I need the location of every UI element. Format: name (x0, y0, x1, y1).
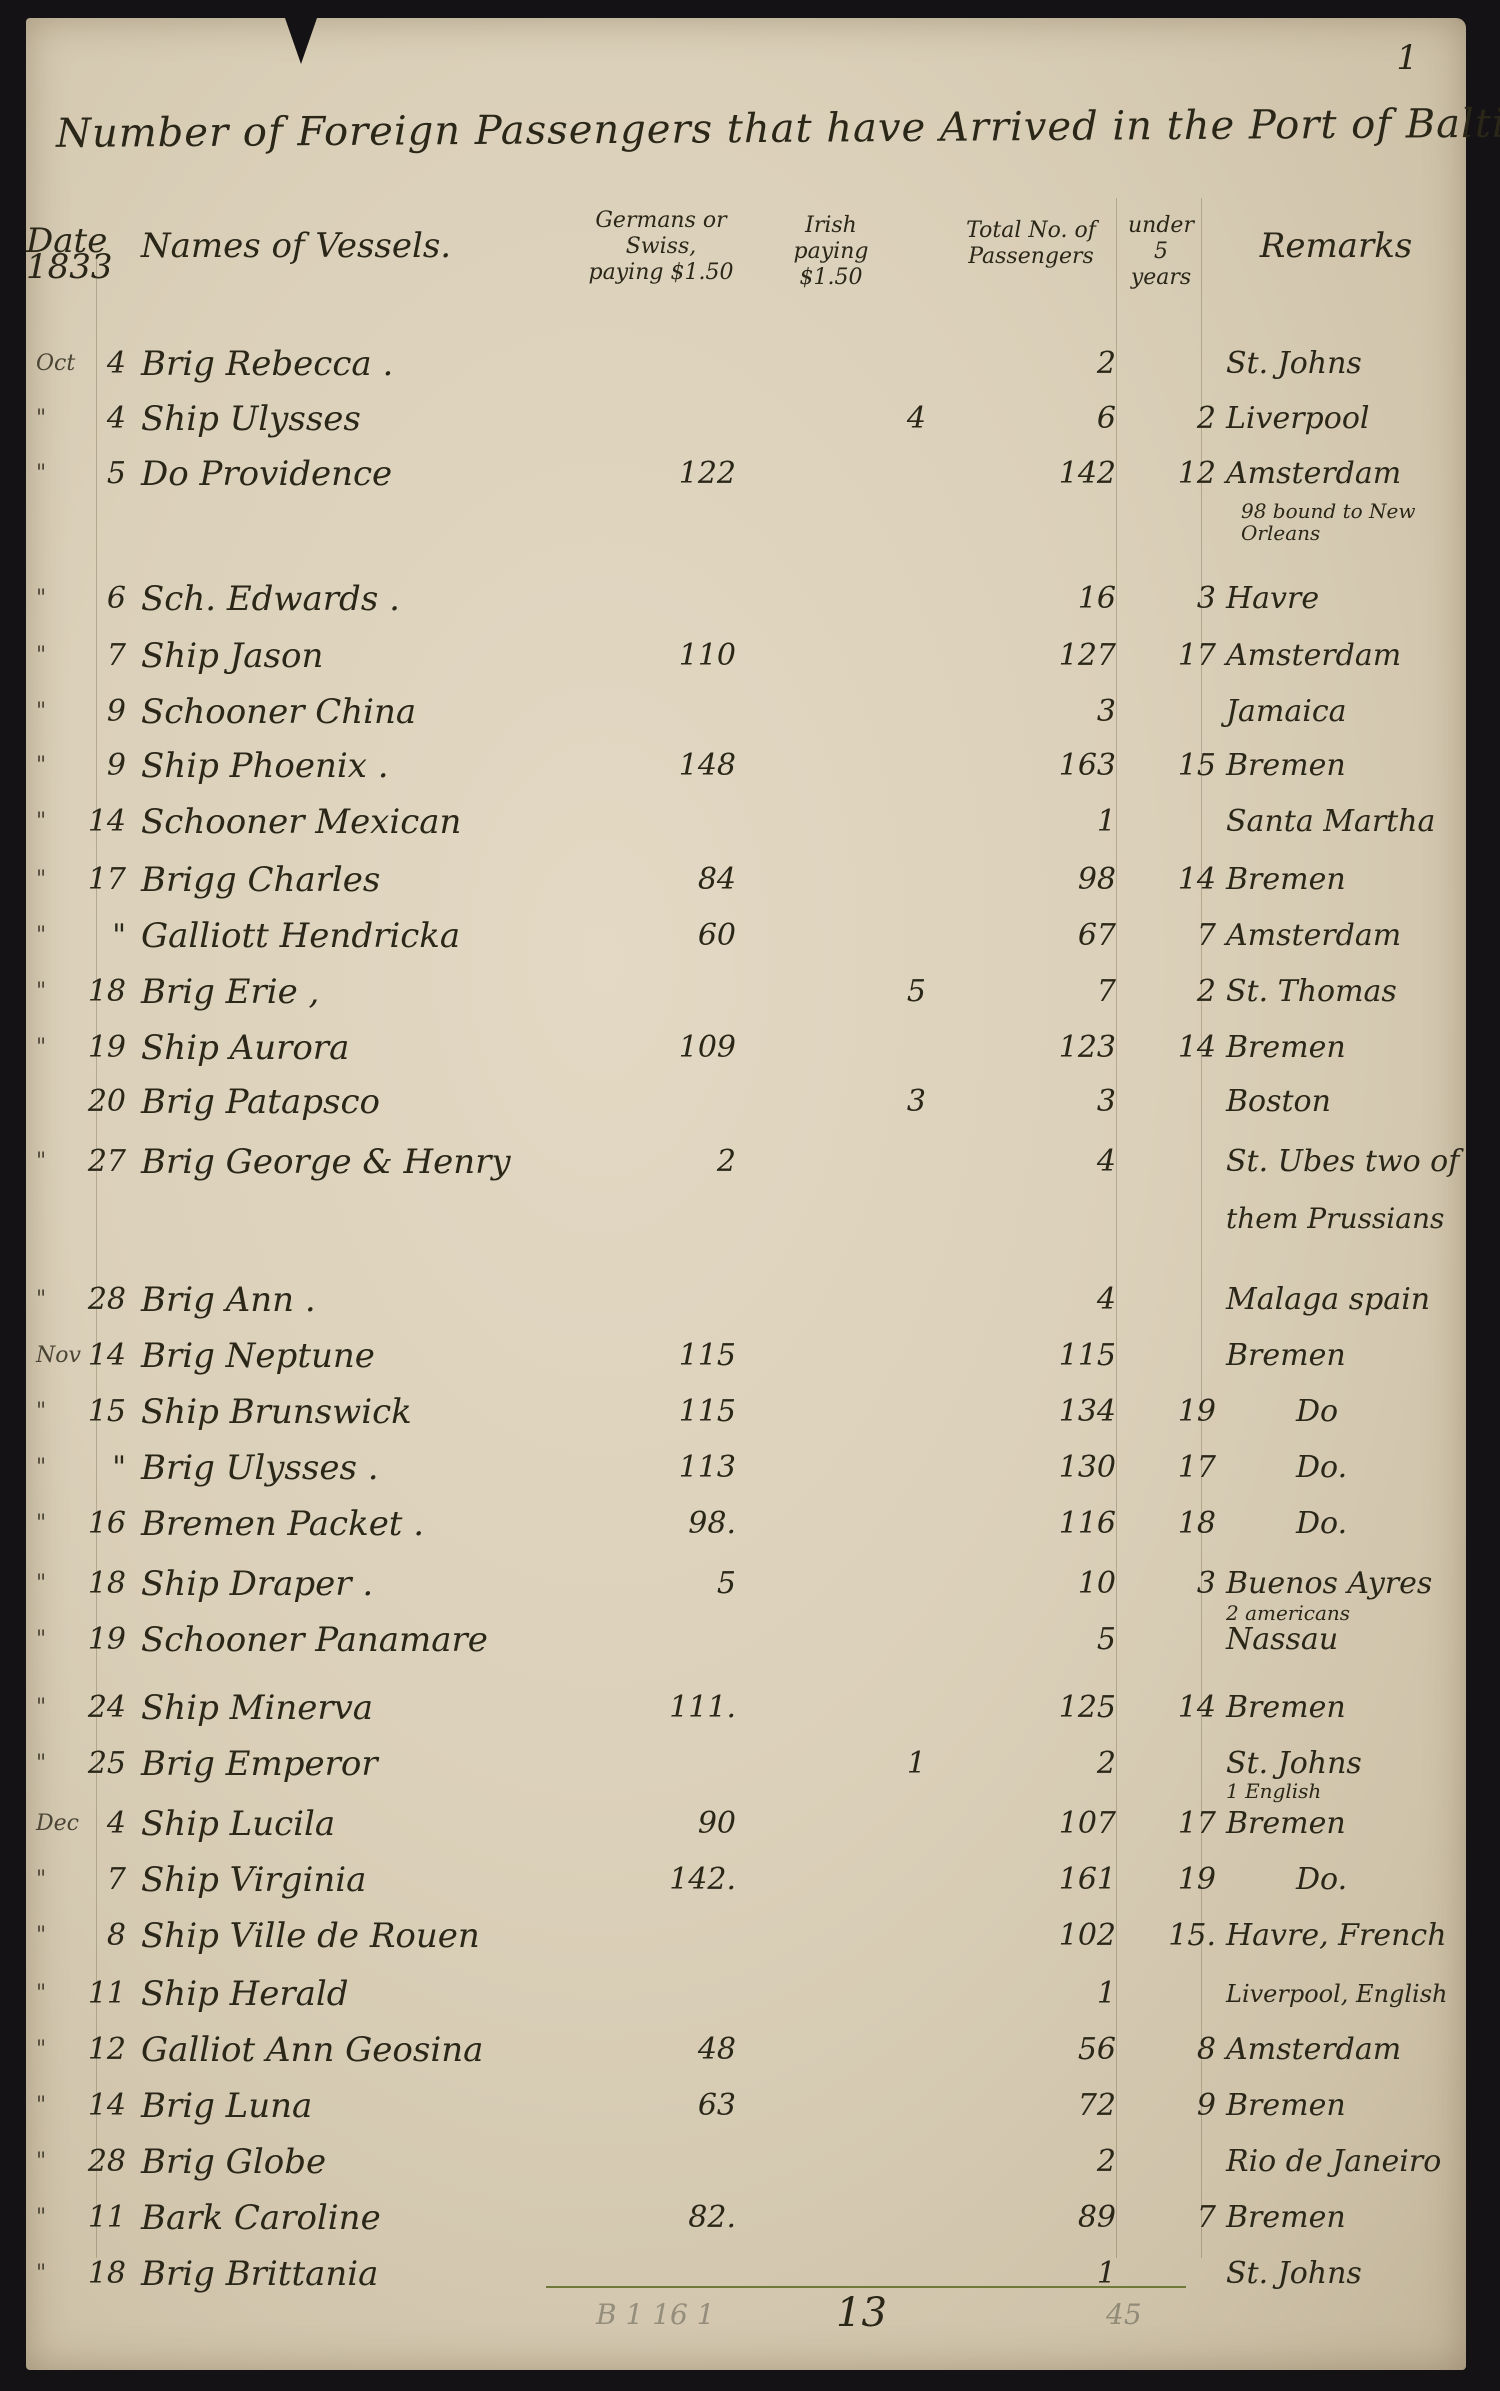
germans-count: 122 (626, 448, 736, 500)
vessel-name: Ship Virginia (141, 1854, 641, 1906)
table-row: " 28 Brig Globe 2 Rio de Janeiro (26, 2136, 1466, 2188)
germans-count: 115 (626, 1386, 736, 1438)
table-row: " 24 Ship Minerva 111. 125 14 Bremen (26, 1682, 1466, 1734)
total-count: 1 (1006, 796, 1116, 848)
day: 9 (76, 686, 126, 738)
month-mark: " (36, 2024, 76, 2076)
table-row: " 8 Ship Ville de Rouen 102 15. Havre, F… (26, 1910, 1466, 1962)
day: 25 (76, 1738, 126, 1790)
month-mark: " (36, 2136, 76, 2188)
under5-count: 8 (1136, 2024, 1216, 2076)
day: 28 (76, 1274, 126, 1326)
total-count: 2 (1006, 1738, 1116, 1790)
remarks: Amsterdam (1226, 2024, 1466, 2076)
table-row: " 14 Brig Luna 63 72 9 Bremen (26, 2080, 1466, 2132)
germans-count: 90 (626, 1798, 736, 1850)
table-row: Nov 14 Brig Neptune 115 115 Bremen (26, 1330, 1466, 1382)
month-mark: " (36, 1614, 76, 1666)
vessel-name: Ship Minerva (141, 1682, 641, 1734)
table-row: " 19 Ship Aurora 109 123 14 Bremen (26, 1022, 1466, 1074)
under5-count: 3 (1136, 1558, 1216, 1610)
month-mark: " (36, 2248, 76, 2300)
total-count: 142 (1006, 448, 1116, 500)
germans-count: 60 (626, 910, 736, 962)
day: 19 (76, 1022, 126, 1074)
remarks: Rio de Janeiro (1226, 2136, 1466, 2188)
day: 4 (76, 1798, 126, 1850)
irish-total: 13 (836, 2290, 887, 2336)
germans-count: 115 (626, 1330, 736, 1382)
day: 14 (76, 1330, 126, 1382)
total-count: 72 (1006, 2080, 1116, 2132)
table-row: " 19 Schooner Panamare 5 Nassau (26, 1614, 1466, 1666)
day: 12 (76, 2024, 126, 2076)
remarks: Havre, French (1226, 1910, 1466, 1962)
total-count: 1 (1006, 1968, 1116, 2020)
header-irish: Irish paying $1.50 (766, 213, 896, 291)
under5-count: 14 (1136, 1682, 1216, 1734)
table-row: " 27 Brig George & Henry 2 4 St. Ubes tw… (26, 1136, 1466, 1188)
month-mark: " (36, 854, 76, 906)
day: 5 (76, 448, 126, 500)
vessel-name: Sch. Edwards . (141, 573, 641, 625)
remarks: Liverpool (1226, 393, 1466, 445)
total-count: 102 (1006, 1910, 1116, 1962)
day: 27 (76, 1136, 126, 1188)
remarks: St. Ubes two of (1226, 1136, 1466, 1188)
remarks: Nassau (1226, 1614, 1466, 1666)
month-mark: " (36, 2080, 76, 2132)
month-mark: " (36, 1442, 76, 1494)
vessel-name: Ship Ville de Rouen (141, 1910, 641, 1962)
vessel-name: Brig Globe (141, 2136, 641, 2188)
vessel-name: Brig Ann . (141, 1274, 641, 1326)
germans-count: 98. (626, 1498, 736, 1550)
total-count: 2 (1006, 2136, 1116, 2188)
total-count: 67 (1006, 910, 1116, 962)
day: 15 (76, 1386, 126, 1438)
total-count: 134 (1006, 1386, 1116, 1438)
month-mark: " (36, 630, 76, 682)
total-count: 2 (1006, 338, 1116, 390)
table-row: " 6 Sch. Edwards . 16 3 Havre (26, 573, 1466, 625)
under5-count: 3 (1136, 573, 1216, 625)
table-row: " 28 Brig Ann . 4 Malaga spain (26, 1274, 1466, 1326)
vessel-name: Bremen Packet . (141, 1498, 641, 1550)
remarks: Bremen (1226, 740, 1466, 792)
remarks: Bremen (1226, 1022, 1466, 1074)
remarks: Santa Martha (1226, 796, 1466, 848)
table-row: " 14 Schooner Mexican 1 Santa Martha (26, 796, 1466, 848)
month-mark: " (36, 393, 76, 445)
vessel-name: Schooner China (141, 686, 641, 738)
germans-count: 48 (626, 2024, 736, 2076)
total-count: 4 (1006, 1136, 1116, 1188)
vessel-name: Ship Draper . (141, 1558, 641, 1610)
table-row: " 7 Ship Jason 110 127 17 Amsterdam (26, 630, 1466, 682)
irish-count: 3 (846, 1076, 926, 1128)
faint-pencil-right: 45 (1106, 2298, 1142, 2331)
remarks-note: them Prussians (1226, 1208, 1444, 1230)
under5-count: 9 (1136, 2080, 1216, 2132)
total-count: 4 (1006, 1274, 1116, 1326)
day: 4 (76, 338, 126, 390)
total-rule (546, 2286, 1186, 2288)
total-count: 127 (1006, 630, 1116, 682)
vessel-name: Schooner Mexican (141, 796, 641, 848)
table-row: " 18 Brig Brittania 1 St. Johns (26, 2248, 1466, 2300)
faint-pencil-left: B 1 16 1 (596, 2298, 715, 2331)
month-mark: " (36, 1738, 76, 1790)
vessel-name: Ship Aurora (141, 1022, 641, 1074)
under5-count: 19 (1136, 1386, 1216, 1438)
remarks: Bremen (1226, 2080, 1466, 2132)
vessel-name: Brig Emperor (141, 1738, 641, 1790)
vessel-name: Ship Phoenix . (141, 740, 641, 792)
table-row: " 16 Bremen Packet . 98. 116 18 Do. (26, 1498, 1466, 1550)
table-row: Oct 4 Brig Rebecca . 2 St. Johns (26, 338, 1466, 390)
month-mark: " (36, 966, 76, 1018)
total-count: 89 (1006, 2192, 1116, 2244)
irish-count: 1 (846, 1738, 926, 1790)
total-count: 10 (1006, 1558, 1116, 1610)
under5-count: 14 (1136, 1022, 1216, 1074)
germans-count: 5 (626, 1558, 736, 1610)
day: " (76, 1442, 126, 1494)
table-row: " 11 Ship Herald 1 Liverpool, English (26, 1968, 1466, 2020)
total-count: 1 (1006, 2248, 1116, 2300)
remarks: Do. (1296, 1442, 1500, 1494)
month-mark: " (36, 1274, 76, 1326)
month-mark: " (36, 1910, 76, 1962)
remarks: Bremen (1226, 1682, 1466, 1734)
germans-count: 111. (626, 1682, 736, 1734)
month-mark: " (36, 1854, 76, 1906)
remarks: St. Thomas (1226, 966, 1466, 1018)
germans-count: 63 (626, 2080, 736, 2132)
vessel-name: Brig Neptune (141, 1330, 641, 1382)
under5-count: 15. (1136, 1910, 1216, 1962)
vessel-name: Ship Ulysses (141, 393, 641, 445)
month-mark: " (36, 1386, 76, 1438)
vessel-name: Brig Patapsco (141, 1076, 641, 1128)
remarks: Do (1296, 1386, 1500, 1438)
day: 9 (76, 740, 126, 792)
month-mark: " (36, 2192, 76, 2244)
month-mark: " (36, 1136, 76, 1188)
total-count: 130 (1006, 1442, 1116, 1494)
month-mark: " (36, 1498, 76, 1550)
remarks: Amsterdam (1226, 630, 1466, 682)
day: 18 (76, 2248, 126, 2300)
month-mark: " (36, 1968, 76, 2020)
table-row: " 12 Galliot Ann Geosina 48 56 8 Amsterd… (26, 2024, 1466, 2076)
vessel-name: Do Providence (141, 448, 641, 500)
under5-count: 15 (1136, 740, 1216, 792)
vessel-name: Bark Caroline (141, 2192, 641, 2244)
total-count: 116 (1006, 1498, 1116, 1550)
total-count: 98 (1006, 854, 1116, 906)
page-number: 1 (1396, 38, 1418, 78)
remarks: Bremen (1226, 1330, 1466, 1382)
table-row: " 11 Bark Caroline 82. 89 7 Bremen (26, 2192, 1466, 2244)
header-germans: Germans or Swiss, paying $1.50 (586, 208, 736, 286)
day: 8 (76, 1910, 126, 1962)
under5-count: 17 (1136, 1798, 1216, 1850)
header-total: Total No. of Passengers (946, 218, 1116, 270)
germans-count: 148 (626, 740, 736, 792)
day: 6 (76, 573, 126, 625)
month-mark: " (36, 448, 76, 500)
remarks: Liverpool, English (1226, 1968, 1466, 2020)
ledger-page: 1 Number of Foreign Passengers that have… (26, 18, 1466, 2370)
remarks: Do. (1296, 1854, 1500, 1906)
day: 24 (76, 1682, 126, 1734)
under5-count: 12 (1136, 448, 1216, 500)
vessel-name: Schooner Panamare (141, 1614, 641, 1666)
total-count: 56 (1006, 2024, 1116, 2076)
total-count: 6 (1006, 393, 1116, 445)
remarks: Havre (1226, 573, 1466, 625)
month-mark: " (36, 1682, 76, 1734)
day: 14 (76, 2080, 126, 2132)
month-mark: " (36, 686, 76, 738)
total-count: 7 (1006, 966, 1116, 1018)
table-row: " 15 Ship Brunswick 115 134 19 Do (26, 1386, 1466, 1438)
under5-count: 18 (1136, 1498, 1216, 1550)
day: 18 (76, 966, 126, 1018)
remarks: Bremen (1226, 854, 1466, 906)
table-row: " " Brig Ulysses . 113 130 17 Do. (26, 1442, 1466, 1494)
remarks-note: 98 bound to New Orleans (1241, 500, 1441, 544)
vessel-name: Brig Ulysses . (141, 1442, 641, 1494)
day: 14 (76, 796, 126, 848)
remarks: Bremen (1226, 2192, 1466, 2244)
table-row: 20 Brig Patapsco 3 3 Boston (26, 1076, 1466, 1128)
day: 7 (76, 1854, 126, 1906)
header-remarks: Remarks (1226, 233, 1446, 259)
vessel-name: Brig Rebecca . (141, 338, 641, 390)
total-count: 123 (1006, 1022, 1116, 1074)
irish-count: 4 (846, 393, 926, 445)
total-count: 115 (1006, 1330, 1116, 1382)
vessel-name: Galliott Hendricka (141, 910, 641, 962)
vessel-name: Brig Luna (141, 2080, 641, 2132)
month-mark: " (36, 796, 76, 848)
remarks: St. Johns (1226, 338, 1466, 390)
day: 28 (76, 2136, 126, 2188)
total-count: 5 (1006, 1614, 1116, 1666)
header-date: Date 1833 (26, 228, 86, 280)
day: 19 (76, 1614, 126, 1666)
day: " (76, 910, 126, 962)
day: 18 (76, 1558, 126, 1610)
month-mark: " (36, 910, 76, 962)
irish-count: 5 (846, 966, 926, 1018)
germans-count: 110 (626, 630, 736, 682)
vessel-name: Ship Herald (141, 1968, 641, 2020)
day: 4 (76, 393, 126, 445)
day: 20 (76, 1076, 126, 1128)
vessel-name: Ship Lucila (141, 1798, 641, 1850)
remarks: Malaga spain (1226, 1274, 1466, 1326)
total-count: 3 (1006, 1076, 1116, 1128)
germans-count: 84 (626, 854, 736, 906)
germans-count: 82. (626, 2192, 736, 2244)
vessel-name: Brig Erie , (141, 966, 641, 1018)
total-count: 161 (1006, 1854, 1116, 1906)
table-row: " 9 Schooner China 3 Jamaica (26, 686, 1466, 738)
day: 7 (76, 630, 126, 682)
month-mark: Nov (36, 1330, 76, 1382)
table-row: " 7 Ship Virginia 142. 161 19 Do. (26, 1854, 1466, 1906)
table-row: " " Galliott Hendricka 60 67 7 Amsterdam (26, 910, 1466, 962)
month-mark: " (36, 740, 76, 792)
total-count: 16 (1006, 573, 1116, 625)
under5-count: 19 (1136, 1854, 1216, 1906)
page-tear (285, 18, 317, 64)
total-count: 107 (1006, 1798, 1116, 1850)
under5-count: 14 (1136, 854, 1216, 906)
under5-count: 7 (1136, 910, 1216, 962)
under5-count: 2 (1136, 966, 1216, 1018)
total-count: 163 (1006, 740, 1116, 792)
month-mark: " (36, 1022, 76, 1074)
under5-count: 2 (1136, 393, 1216, 445)
remarks: St. Johns (1226, 2248, 1466, 2300)
under5-count: 7 (1136, 2192, 1216, 2244)
month-mark: " (36, 1558, 76, 1610)
day: 11 (76, 1968, 126, 2020)
table-row: " 17 Brigg Charles 84 98 14 Bremen (26, 854, 1466, 906)
remarks: Amsterdam (1226, 910, 1466, 962)
germans-count: 109 (626, 1022, 736, 1074)
vessel-name: Ship Brunswick (141, 1386, 641, 1438)
under5-count: 17 (1136, 1442, 1216, 1494)
remarks: Boston (1226, 1076, 1466, 1128)
under5-count: 17 (1136, 630, 1216, 682)
table-row: " 5 Do Providence 122 142 12 Amsterdam (26, 448, 1466, 500)
remarks: Bremen (1226, 1798, 1466, 1850)
table-row: " 18 Brig Erie , 5 7 2 St. Thomas (26, 966, 1466, 1018)
header-vessel: Names of Vessels. (136, 233, 456, 259)
month-mark: Dec (36, 1798, 76, 1850)
total-count: 125 (1006, 1682, 1116, 1734)
vessel-name: Brig George & Henry (141, 1136, 641, 1188)
germans-count: 2 (626, 1136, 736, 1188)
month-mark: Oct (36, 338, 76, 390)
remarks: Amsterdam (1226, 448, 1466, 500)
month-mark: " (36, 573, 76, 625)
table-row: " 9 Ship Phoenix . 148 163 15 Bremen (26, 740, 1466, 792)
vessel-name: Ship Jason (141, 630, 641, 682)
table-row: " 4 Ship Ulysses 4 6 2 Liverpool (26, 393, 1466, 445)
table-row: Dec 4 Ship Lucila 90 107 17 Bremen (26, 1798, 1466, 1850)
vessel-name: Brig Brittania (141, 2248, 641, 2300)
day: 11 (76, 2192, 126, 2244)
day: 17 (76, 854, 126, 906)
germans-count: 113 (626, 1442, 736, 1494)
germans-count: 142. (626, 1854, 736, 1906)
remarks: Jamaica (1226, 686, 1466, 738)
vessel-name: Galliot Ann Geosina (141, 2024, 641, 2076)
remarks: Do. (1296, 1498, 1500, 1550)
day: 16 (76, 1498, 126, 1550)
total-count: 3 (1006, 686, 1116, 738)
page-title: Number of Foreign Passengers that have A… (56, 101, 1456, 157)
header-under5: under 5 years (1121, 213, 1201, 291)
vessel-name: Brigg Charles (141, 854, 641, 906)
